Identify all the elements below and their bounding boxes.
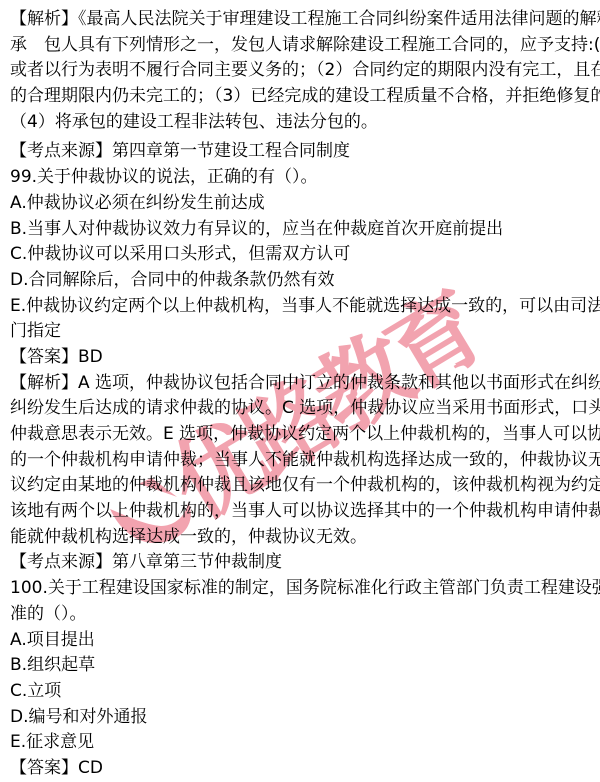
question-98-analysis-line: （4）将承包的建设工程非法转包、违法分包的。 [10,110,594,136]
question-99-block: 99.关于仲裁协议的说法，正确的有（）。 A.仲裁协议必须在纠纷发生前达成 B.… [10,165,594,576]
question-99-exam-point-source: 【考点来源】第八章第三节仲裁制度 [10,550,594,576]
question-100-option-e: E.征求意见 [10,730,594,756]
question-99-stem: 99.关于仲裁协议的说法，正确的有（）。 [10,165,594,191]
question-100-stem-continued: 准的（）。 [10,602,594,628]
question-98-analysis-line: 承 包人具有下列情形之一，发包人请求解除建设工程施工合同的，应予支持:(1)明确… [10,33,594,59]
question-100-answer: 【答案】CD [10,756,594,782]
question-99-analysis-line: 的一个仲裁机构申请仲裁；当事人不能就仲裁机构选择达成一致的，仲裁协议无效。仲裁协 [10,448,594,474]
question-99-analysis-line: 议约定由某地的仲裁机构仲裁且该地仅有一个仲裁机构的，该仲裁机构视为约定的仲裁机构… [10,473,594,499]
document-content: 【解析】《最高人民法院关于审理建设工程施工合同纠纷案件适用法律问题的解释》规定，… [0,0,600,782]
question-99-option-c: C.仲裁协议可以采用口头形式，但需双方认可 [10,242,594,268]
question-99-option-e: E.仲裁协议约定两个以上仲裁机构，当事人不能就选择达成一致的，可以由司法行政主管… [10,294,594,320]
question-100-option-a: A.项目提出 [10,628,594,654]
document-page: 优路教育 【解析】《最高人民法院关于审理建设工程施工合同纠纷案件适用法律问题的解… [0,0,600,782]
question-98-analysis-line: 的合理期限内仍未完工的；（3）已经完成的建设工程质量不合格，并拒绝修复的； [10,84,594,110]
question-99-analysis-line: 能就仲裁机构选择达成一致的，仲裁协议无效。 [10,525,594,551]
question-98-analysis-line: 【解析】《最高人民法院关于审理建设工程施工合同纠纷案件适用法律问题的解释》规定， [10,7,594,33]
question-99-analysis-line: 纠纷发生后达成的请求仲裁的协议。C 选项，仲裁协议应当采用书面形式，口头方式达成… [10,396,594,422]
question-100-option-c: C.立项 [10,679,594,705]
question-99-option-e-continued: 门指定 [10,319,594,345]
question-100-option-b: B.组织起草 [10,653,594,679]
question-100-option-d: D.编号和对外通报 [10,705,594,731]
question-100-stem: 100.关于工程建设国家标准的制定，国务院标准化行政主管部门负责工程建设强制性国… [10,576,594,602]
question-99-option-b: B.当事人对仲裁协议效力有异议的，应当在仲裁庭首次开庭前提出 [10,217,594,243]
question-99-option-d: D.合同解除后，合同中的仲裁条款仍然有效 [10,268,594,294]
question-99-analysis-line: 【解析】A 选项，仲裁协议包括合同中订立的仲裁条款和其他以书面形式在纠纷发生前或… [10,371,594,397]
question-98-exam-point-source: 【考点来源】第四章第一节建设工程合同制度 [10,139,594,165]
question-98-analysis-block: 【解析】《最高人民法院关于审理建设工程施工合同纠纷案件适用法律问题的解释》规定，… [10,7,594,135]
question-99-analysis-line: 仲裁意思表示无效。E 选项，仲裁协议约定两个以上仲裁机构的，当事人可以协议选择其… [10,422,594,448]
question-99-answer: 【答案】BD [10,345,594,371]
question-99-option-a: A.仲裁协议必须在纠纷发生前达成 [10,191,594,217]
question-98-analysis-line: 或者以行为表明不履行合同主要义务的；（2）合同约定的期限内没有完工，且在发包人催… [10,58,594,84]
question-99-analysis-line: 该地有两个以上仲裁机构的，当事人可以协议选择其中的一个仲裁机构申请仲裁；当事人不 [10,499,594,525]
question-100-block: 100.关于工程建设国家标准的制定，国务院标准化行政主管部门负责工程建设强制性国… [10,576,594,782]
